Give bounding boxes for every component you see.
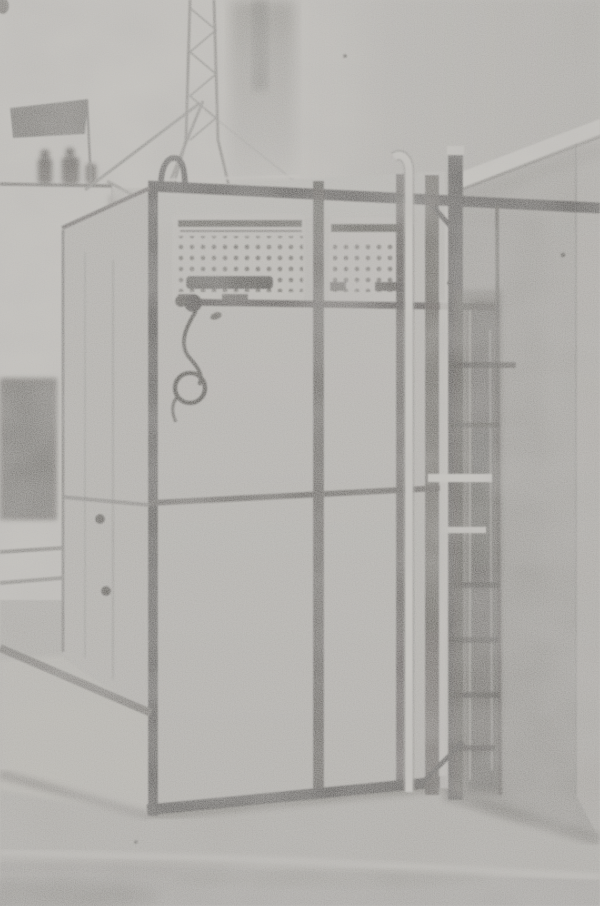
halftone-photo bbox=[0, 0, 600, 906]
photo-frame bbox=[0, 0, 600, 906]
film-grain-overlay bbox=[0, 0, 600, 906]
